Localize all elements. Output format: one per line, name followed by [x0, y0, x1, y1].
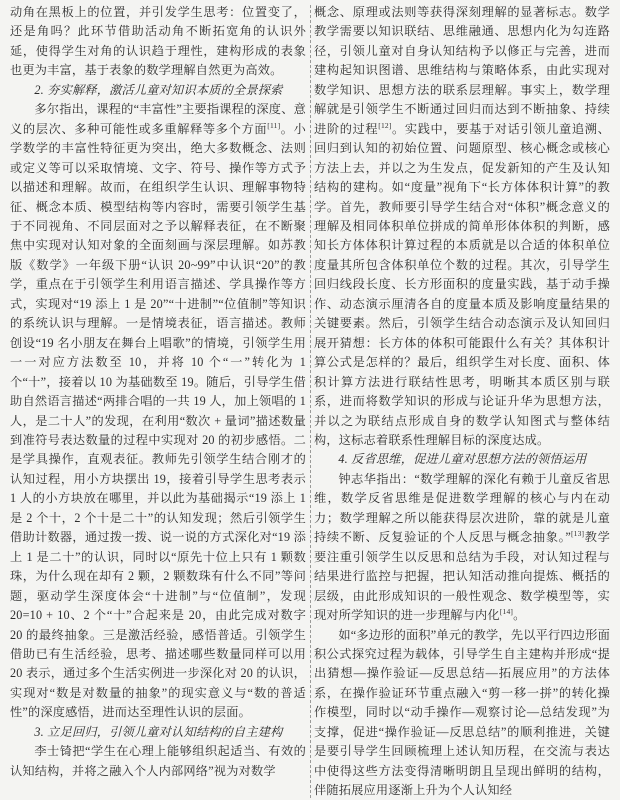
- section-heading-4: 4. 反省思维，促进儿童对思想方法的领悟运用: [314, 450, 610, 469]
- document-page: 动角在黑板上的位置，并引发学生思考：位置变了，还是角吗？此环节借助活动角不断拓宽…: [0, 0, 620, 800]
- body-paragraph: 如“多边形的面积”单元的教学，先以平行四边形面积公式探究过程为载体，引导学生自主…: [314, 626, 610, 800]
- section-heading-2: 2. 夯实解释，激活儿童对知识本质的全景探索: [10, 81, 306, 100]
- body-paragraph: 钟志华指出：“数学理解的深化有赖于儿童反省思维，数学反省思维是促进数学理解的核心…: [314, 470, 610, 626]
- body-paragraph: 多尔指出，课程的“丰富性”主要指课程的深度、意义的层次、多种可能性或多重解释等多…: [10, 100, 306, 723]
- body-paragraph: 李士锜把“学生在心理上能够组织起适当、有效的认知结构，并将之融入个人内部网络”视…: [10, 742, 306, 781]
- section-heading-3: 3. 立足回归，引领儿童对认知结构的自主建构: [10, 723, 306, 742]
- body-paragraph-continuation: 动角在黑板上的位置，并引发学生思考：位置变了，还是角吗？此环节借助活动角不断拓宽…: [10, 3, 306, 81]
- column-divider: [310, 5, 311, 798]
- right-column: 概念、原理或法则等获得深刻理解的显著标志。数学教学需要以知识联结、思维融通、思想…: [314, 3, 610, 800]
- body-paragraph-continuation: 概念、原理或法则等获得深刻理解的显著标志。数学教学需要以知识联结、思维融通、思想…: [314, 3, 610, 450]
- left-column: 动角在黑板上的位置，并引发学生思考：位置变了，还是角吗？此环节借助活动角不断拓宽…: [10, 3, 306, 800]
